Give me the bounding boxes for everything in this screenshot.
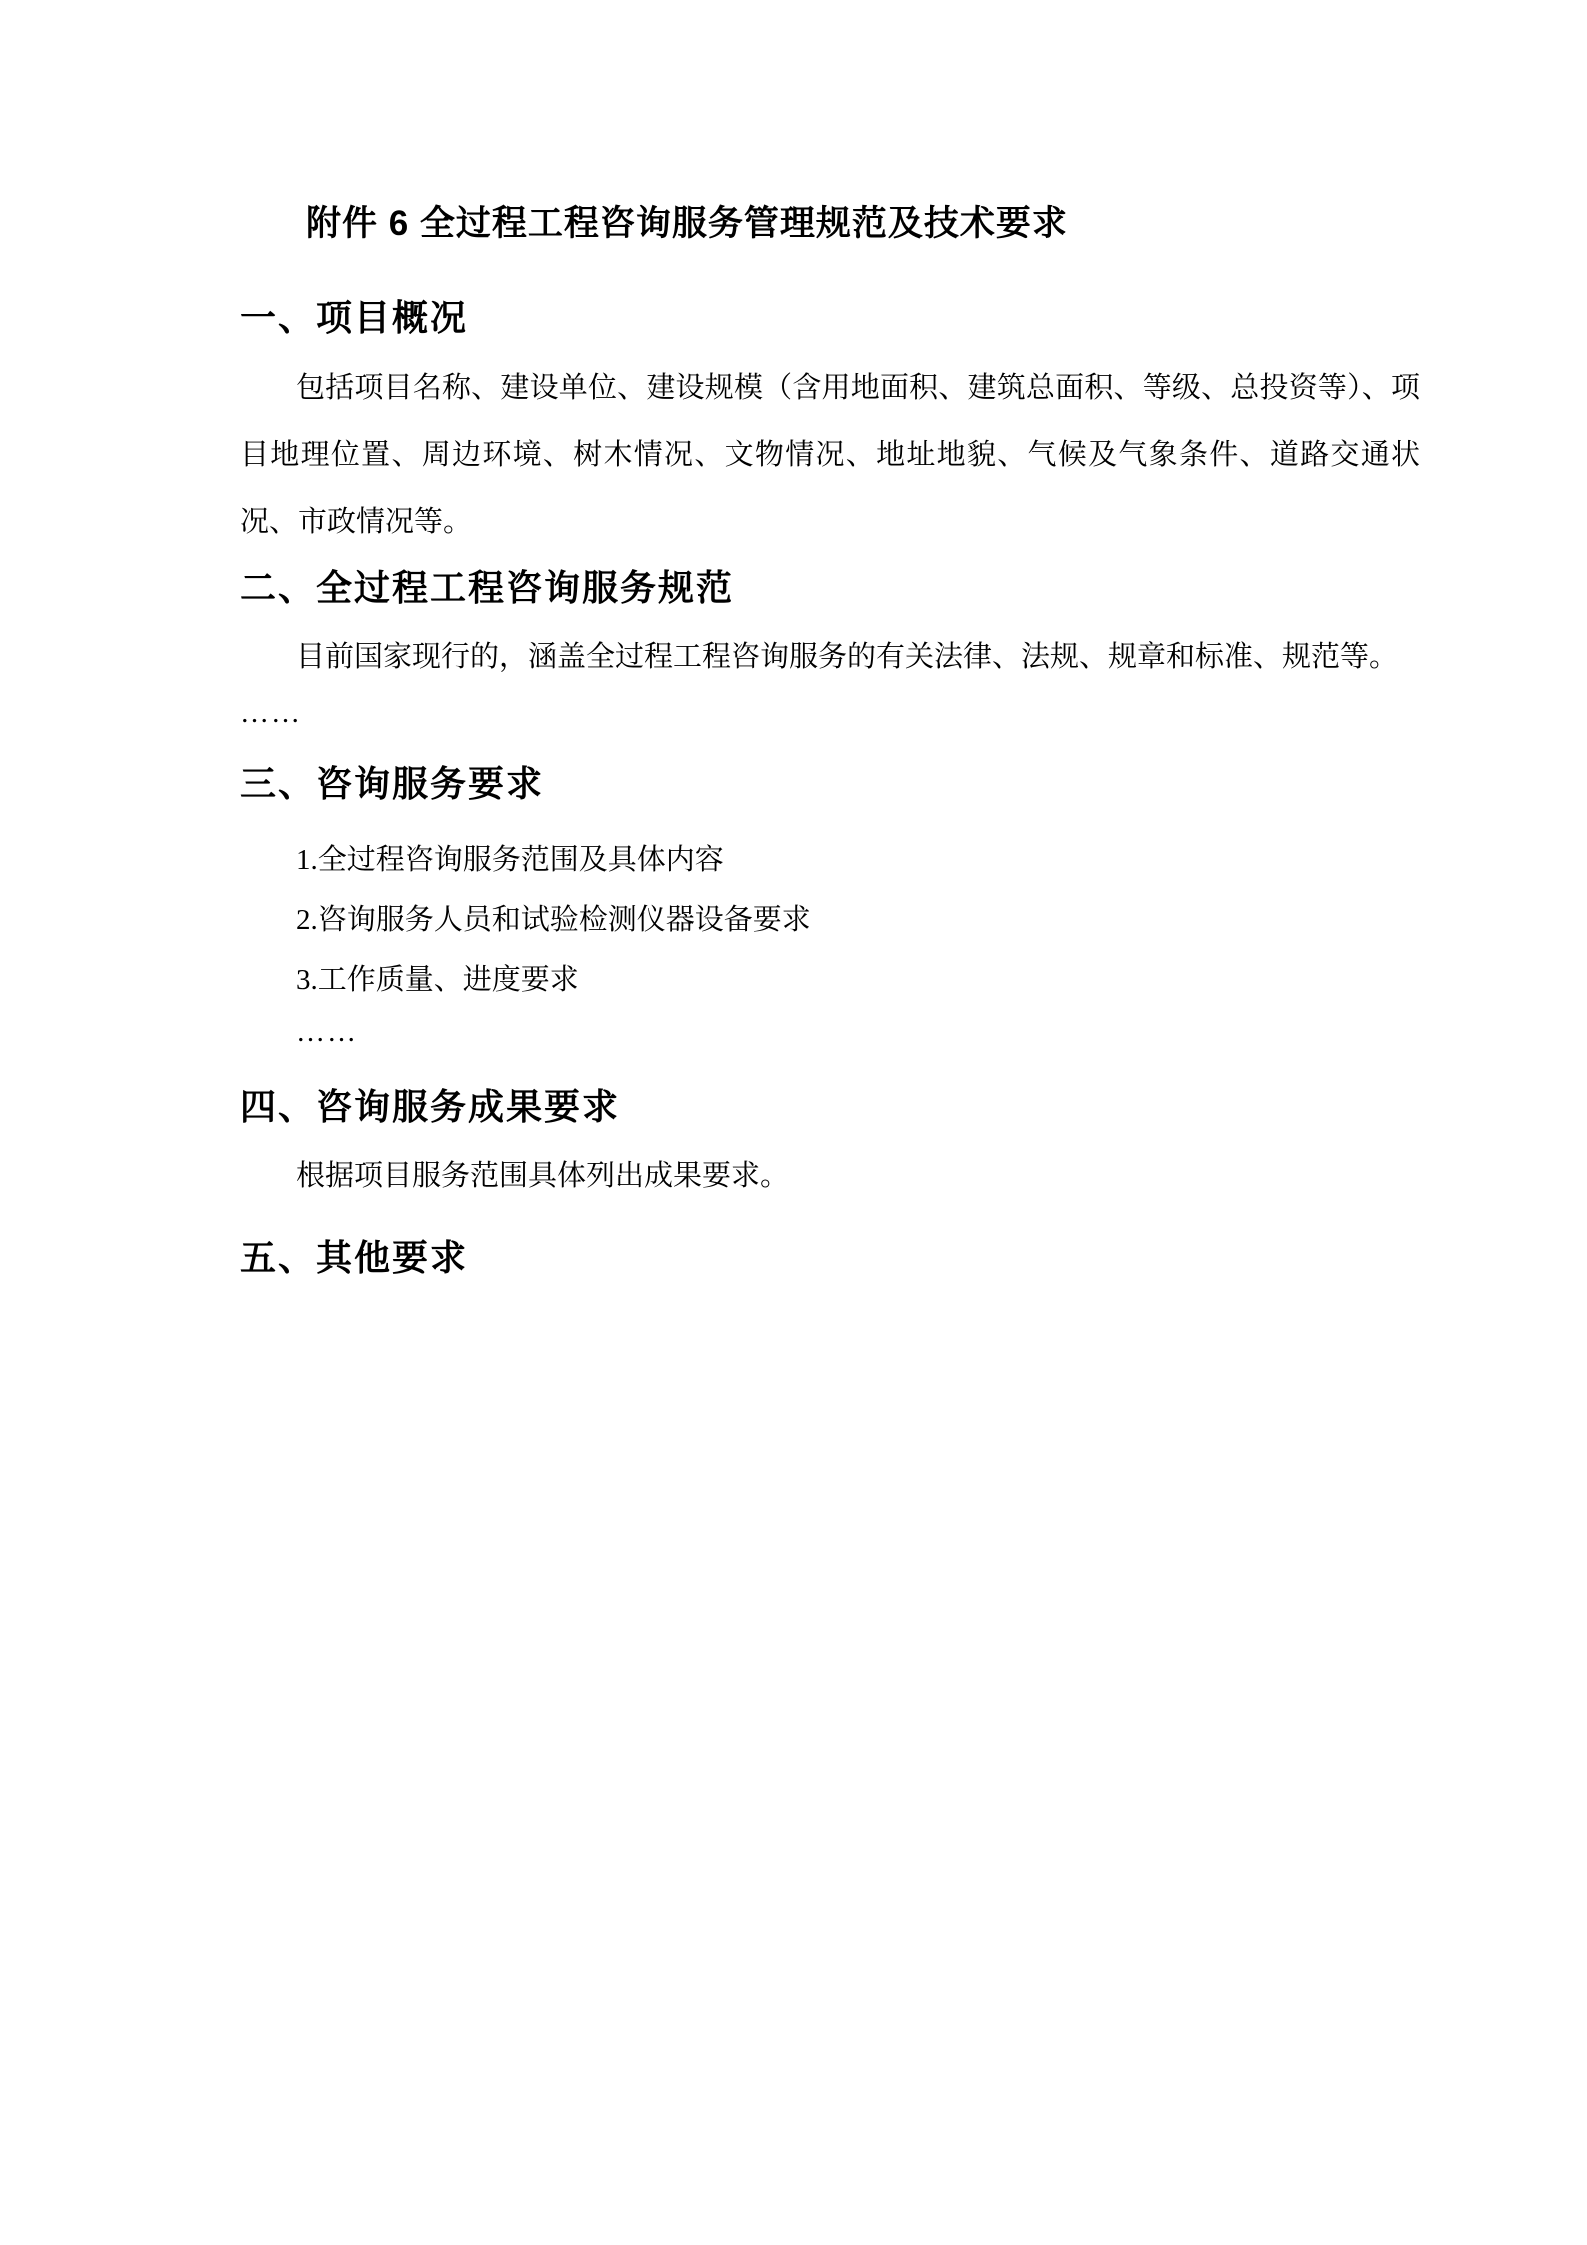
document-title: 附件 6 全过程工程咨询服务管理规范及技术要求 <box>306 200 1420 248</box>
section-4-paragraph: 根据项目服务范围具体列出成果要求。 <box>240 1143 1420 1210</box>
section-2-heading: 二、全过程工程咨询服务规范 <box>240 564 1420 612</box>
section-3-heading: 三、咨询服务要求 <box>240 760 1420 808</box>
section-2-paragraph: 目前国家现行的，涵盖全过程工程咨询服务的有关法律、法规、规章和标准、规范等。 <box>240 624 1420 691</box>
section-3-list: 1.全过程咨询服务范围及具体内容 2.咨询服务人员和试验检测仪器设备要求 3.工… <box>240 830 1420 1010</box>
list-item-2: 2.咨询服务人员和试验检测仪器设备要求 <box>296 890 1420 950</box>
section-1-heading: 一、项目概况 <box>240 294 1420 342</box>
list-item-1: 1.全过程咨询服务范围及具体内容 <box>296 830 1420 890</box>
section-4-heading: 四、咨询服务成果要求 <box>240 1083 1420 1131</box>
document-page: 附件 6 全过程工程咨询服务管理规范及技术要求 一、项目概况 包括项目名称、建设… <box>0 0 1587 2245</box>
section-3-ellipsis: …… <box>296 1010 1420 1055</box>
section-5-heading: 五、其他要求 <box>240 1234 1420 1282</box>
section-1-paragraph: 包括项目名称、建设单位、建设规模（含用地面积、建筑总面积、等级、总投资等）、项目… <box>240 355 1420 556</box>
list-item-3: 3.工作质量、进度要求 <box>296 950 1420 1010</box>
section-2-ellipsis: …… <box>240 691 1420 736</box>
